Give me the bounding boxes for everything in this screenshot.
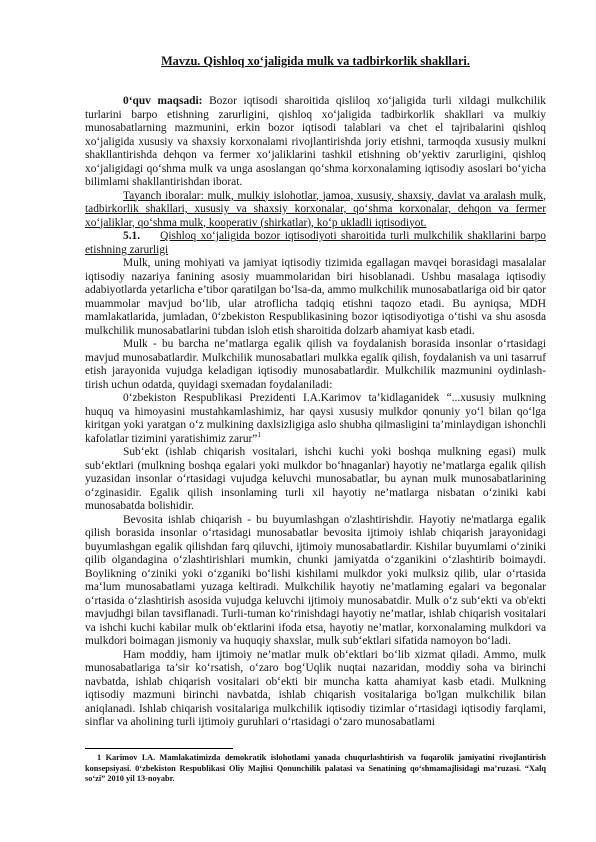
paragraph-bevosita: Bevosita ishlab chiqarish - bu buyumlash… <box>85 514 546 649</box>
mulk-intro-text: Mulk, uning mohiyati va jamiyat iqtisodi… <box>85 257 546 337</box>
footnote-area: 1 Karimov I.A. Mamlakatimizda demokratik… <box>85 748 546 785</box>
ham-moddiy-text: Ham moddiy, ham ijtimoiy ne’matlar mulk … <box>85 649 546 729</box>
mulk-definition-text: Mulk - bu barcha ne’matlarga egalik qili… <box>85 338 546 391</box>
section-number: 5.1. <box>123 230 140 242</box>
document-page: Mavzu. Qishloq xo‘jaligida mulk va tadbi… <box>0 0 596 842</box>
paragraph-objectives: 0‘quv maqsadi: Bozor iqtisodi sharoitida… <box>85 95 546 190</box>
paragraph-ham-moddiy: Ham moddiy, ham ijtimoiy ne’matlar mulk … <box>85 649 546 730</box>
footnote-reference-mark: 1 <box>257 430 261 439</box>
section-heading-5-1: 5.1.Qishloq xo‘jaligida bozor iqtisodiyo… <box>85 230 546 257</box>
footnote-text: 1 Karimov I.A. Mamlakatimizda demokratik… <box>85 753 546 785</box>
paragraph-mulk-definition: Mulk - bu barcha ne’matlarga egalik qili… <box>85 338 546 392</box>
page-title-text: Mavzu. Qishloq xo‘jaligida mulk va tadbi… <box>161 54 470 68</box>
key-terms-text: Tayanch iboralar: mulk, mulkiy islohotla… <box>85 190 546 229</box>
paragraph-subekt: Sub‘ekt (ishlab chiqarish vositalari, is… <box>85 446 546 514</box>
paragraph-key-terms: Tayanch iboralar: mulk, mulkiy islohotla… <box>85 190 546 231</box>
paragraph-mulk-intro: Mulk, uning mohiyati va jamiyat iqtisodi… <box>85 257 546 338</box>
subekt-text: Sub‘ekt (ishlab chiqarish vositalari, is… <box>85 446 546 512</box>
section-title-text: Qishloq xo‘jaligida bozor iqtisodiyoti s… <box>85 230 546 256</box>
karimov-quote-text: 0‘zbekiston Respublikasi Prezidenti I.A.… <box>85 392 546 445</box>
objectives-body: Bozor iqtisodi sharoitida qisliloq xo‘ja… <box>85 95 546 188</box>
objectives-label: 0‘quv maqsadi: <box>123 95 202 107</box>
paragraph-karimov-quote: 0‘zbekiston Respublikasi Prezidenti I.A.… <box>85 392 546 446</box>
bevosita-text: Bevosita ishlab chiqarish - bu buyumlash… <box>85 514 546 648</box>
footnote-separator-line <box>85 748 233 749</box>
page-title: Mavzu. Qishloq xo‘jaligida mulk va tadbi… <box>85 54 546 69</box>
